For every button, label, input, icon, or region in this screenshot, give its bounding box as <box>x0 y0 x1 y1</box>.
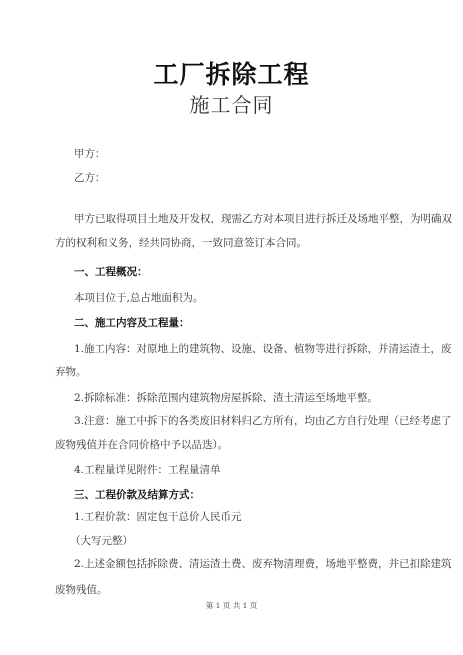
section-3-item-2-line-1: 2.上述金额包括拆除费、清运渣土费、废弃物清理费，场地平整费，并已扣除建筑 <box>74 557 410 571</box>
section-3-heading: 三、工程价款及结算方式： <box>74 488 410 502</box>
party-b-label: 乙方： <box>74 171 410 185</box>
section-2-item-2: 2.拆除标准：拆除范围内建筑物房屋拆除、渣土清运至场地平整。 <box>74 391 410 405</box>
section-3-amount-in-words: （大写元整） <box>70 534 406 548</box>
section-1-body: 本项目位于,总占地面积为。 <box>74 291 410 305</box>
section-3-item-1: 1.工程价款：固定包干总价人民币元 <box>74 510 410 524</box>
party-a-label: 甲方： <box>74 147 410 161</box>
preamble-line-1: 甲方已取得项目土地及开发权，现需乙方对本项目进行拆迁及场地平整，为明确双 <box>74 212 410 226</box>
section-2-item-3-line-1: 3.注意：施工中拆下的各类废旧材料归乙方所有，均由乙方自行处理（已经考虑了 <box>74 414 410 428</box>
document-subtitle: 施工合同 <box>0 92 463 118</box>
section-2-heading: 二、施工内容及工程量： <box>74 316 410 330</box>
section-2-item-3-line-2: 废物残值并在合同价格中予以品迭）。 <box>55 438 410 452</box>
document-page: 工厂拆除工程 施工合同 甲方： 乙方： 甲方已取得项目土地及开发权，现需乙方对本… <box>0 0 463 655</box>
document-title: 工厂拆除工程 <box>0 60 463 90</box>
page-number-footer: 第 1 页 共 1 页 <box>0 600 463 612</box>
section-2-item-1-line-1: 1.施工内容：对原地上的建筑物、设施、设备、植物等进行拆除，并清运渣土，废 <box>74 342 410 356</box>
preamble-line-2: 方的权利和义务，经共同协商，一致同意签订本合同。 <box>55 236 410 250</box>
section-2-item-1-line-2: 弃物。 <box>55 365 410 379</box>
section-2-item-4: 4.工程量详见附件：工程量清单 <box>74 463 410 477</box>
section-1-heading: 一、工程概况： <box>74 265 410 279</box>
section-3-item-2-line-2: 废物残值。 <box>55 583 410 597</box>
